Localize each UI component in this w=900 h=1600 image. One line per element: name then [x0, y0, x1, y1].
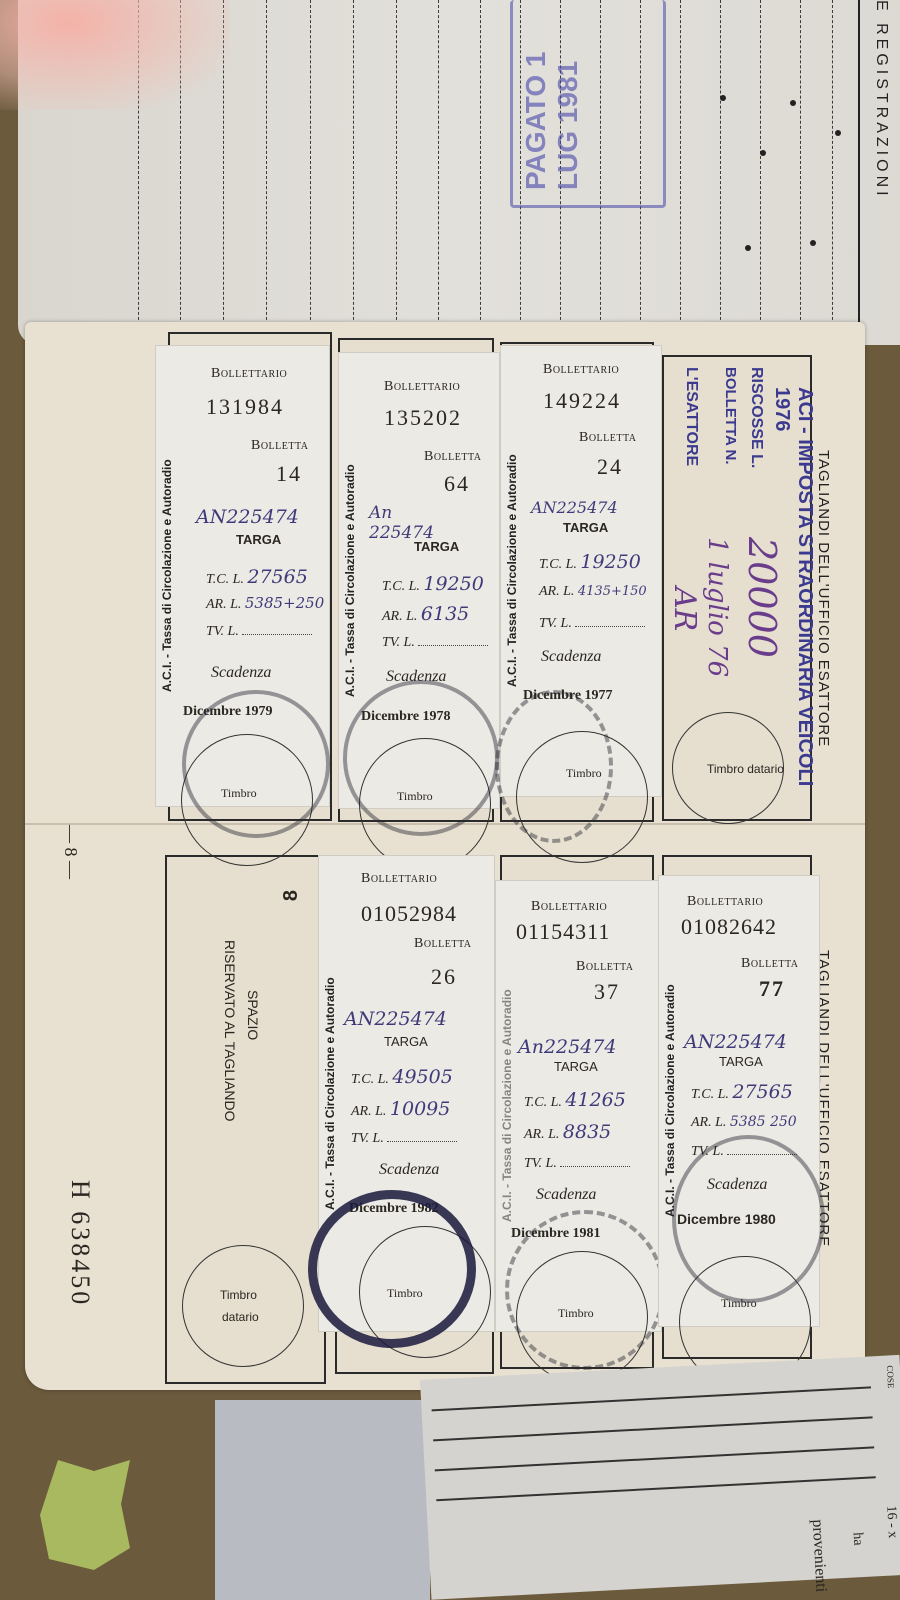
spazio-label: SPAZIO [245, 990, 261, 1040]
heading-top: TAGLIANDI DELL'UFFICIO ESATTORE [815, 450, 832, 747]
postmark [343, 680, 499, 836]
postmark [182, 690, 330, 838]
postmark [505, 1210, 665, 1370]
postmark [495, 690, 613, 843]
light-glare [0, 0, 230, 110]
timbro-datario-circle [182, 1245, 304, 1367]
riservato-label: RISERVATO AL TAGLIANDO [222, 940, 238, 1122]
background-fabric [215, 1400, 430, 1600]
aci-imposta-box: ACI - IMPOSTA STRAORDINARIA VEICOLI 1976… [662, 357, 808, 815]
cell-number: 8 [280, 890, 303, 901]
background-pattern [40, 1460, 130, 1570]
page-number: — 8 — [60, 825, 81, 879]
postmark-dark [308, 1190, 476, 1348]
postmark [672, 1135, 825, 1303]
registrazioni-header: E REGISTRAZIONI [858, 0, 890, 340]
payment-stamp-text: PAGATO 1 LUG 1981 [520, 10, 584, 190]
underlying-sheet: provenienti ha 16 - x COSE [420, 1355, 900, 1600]
serial-number: H 638450 [65, 1180, 95, 1307]
